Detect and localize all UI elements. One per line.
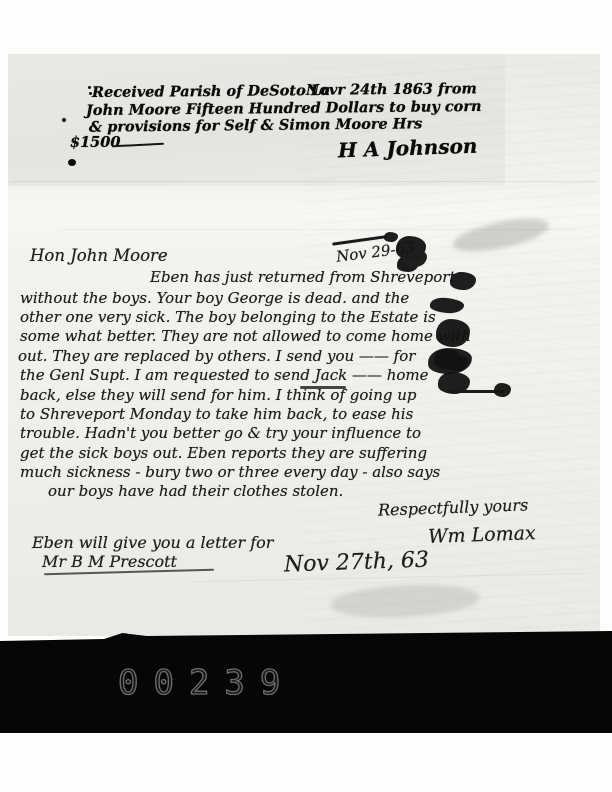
letter-body-line: trouble. Hadn't you better go & try your… — [20, 424, 421, 443]
ink-dot — [68, 159, 76, 166]
letter-date-bottom: Nov 27th, 63 — [284, 547, 430, 577]
letter-signature: Wm Lomax — [428, 522, 536, 548]
letter-body-line: the Genl Supt. I am requested to send Ja… — [20, 366, 429, 385]
letter-opening-line: Eben has just returned from Shreveport — [150, 268, 455, 287]
letter-body-line: our boys have had their clothes stolen. — [48, 482, 343, 501]
letter-body-line: get the sick boys out. Eben reports they… — [20, 444, 427, 463]
receipt-line-3: & provisions for Self & Simon Moore Hrs — [89, 115, 422, 135]
frame-counter: 00239 — [118, 663, 295, 703]
letter-body-line: to Shreveport Monday to take him back, t… — [20, 405, 413, 424]
microfilm-band — [0, 631, 612, 733]
receipt-signature: H A Johnson — [338, 134, 478, 163]
letter-body-line: out. They are replaced by others. I send… — [18, 347, 415, 366]
letter-body-line: some what better. They are not allowed t… — [20, 327, 471, 346]
ink-dot — [62, 118, 66, 122]
letter-body-line: without the boys. Your boy George is dea… — [20, 289, 409, 308]
ink-dot — [89, 92, 92, 95]
receipt-line-1b: Novr 24th 1863 from — [306, 80, 477, 98]
strike-through — [300, 386, 346, 389]
receipt-amount: $1500 — [70, 134, 120, 151]
letter-ps-line-2: Mr B M Prescott — [42, 552, 177, 571]
scanned-letter-page: Received Parish of DeSoto La Novr 24th 1… — [0, 0, 612, 792]
letter-body-line: back, else they will send for him. I thi… — [20, 386, 417, 405]
crease-line — [10, 181, 596, 182]
letter-body-line: other one very sick. The boy belonging t… — [20, 308, 436, 327]
receipt-line-1a: Received Parish of DeSoto La — [92, 82, 331, 101]
letter-body-line: much sickness - bury two or three every … — [20, 463, 440, 482]
letter-ps-line-1: Eben will give you a letter for — [32, 533, 273, 552]
ink-dot — [88, 86, 91, 89]
letter-salutation: Hon John Moore — [30, 246, 168, 265]
